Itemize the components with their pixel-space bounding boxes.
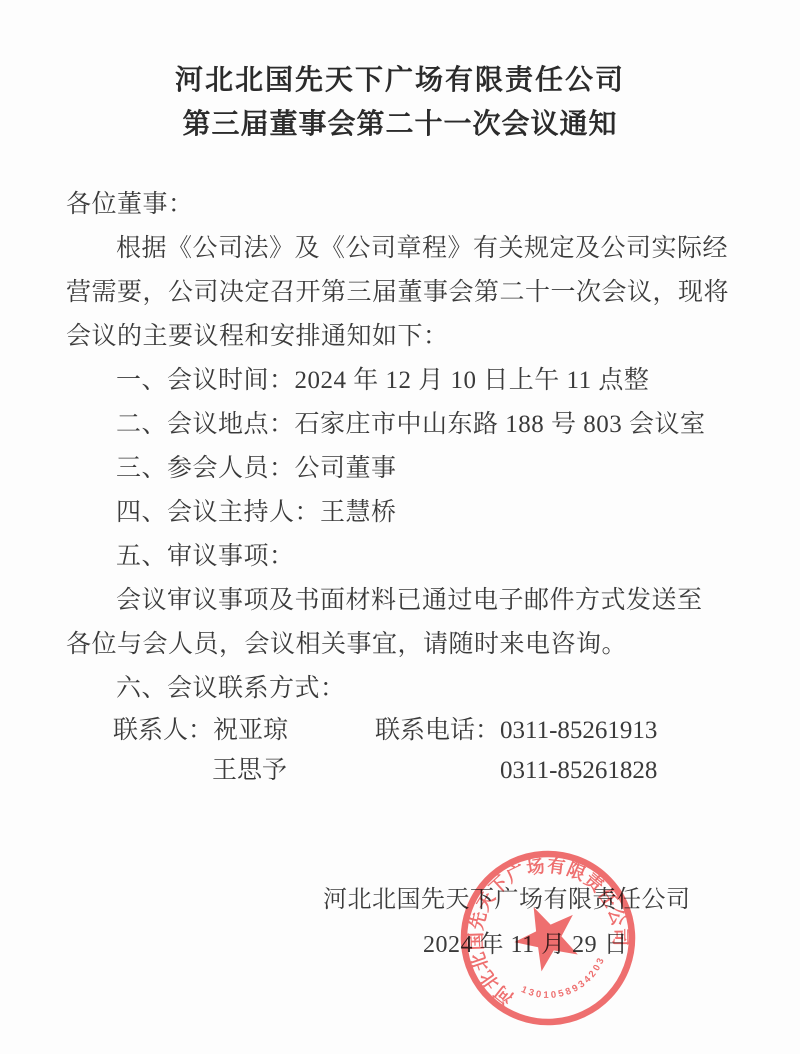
- item-review-matters: 五、审议事项：: [66, 535, 738, 579]
- salutation: 各位董事：: [66, 183, 738, 227]
- intro-line-3: 会议的主要议程和安排通知如下：: [66, 315, 738, 359]
- item-meeting-place: 二、会议地点：石家庄市中山东路 188 号 803 会议室: [66, 403, 738, 447]
- review-detail-line-1: 会议审议事项及书面材料已通过电子邮件方式发送至: [66, 579, 738, 623]
- item-meeting-host: 四、会议主持人：王慧桥: [66, 491, 738, 535]
- document-page: 河北北国先天下广场有限责任公司 第三届董事会第二十一次会议通知 各位董事： 根据…: [0, 0, 800, 1054]
- item-attendees: 三、参会人员：公司董事: [66, 447, 738, 491]
- item-contact-info: 六、会议联系方式：: [66, 667, 738, 711]
- document-title-line1: 河北北国先天下广场有限责任公司: [0, 58, 800, 98]
- item-meeting-time: 一、会议时间：2024 年 12 月 10 日上午 11 点整: [66, 359, 738, 403]
- company-seal: 河北北国先天下广场有限责任公司 1301058934203: [438, 828, 658, 1048]
- contact-section: 联系人：祝亚琼 联系电话：0311-85261913 王思予 0311-8526…: [66, 711, 738, 791]
- seal-star-icon: [504, 894, 589, 977]
- review-detail-line-2: 各位与会人员，会议相关事宜，请随时来电咨询。: [66, 623, 738, 667]
- contact-row-2: 王思予 0311-85261828: [66, 751, 738, 791]
- document-body: 各位董事： 根据《公司法》及《公司章程》有关规定及公司实际经 营需要，公司决定召…: [66, 183, 738, 711]
- contact-phone-1: 联系电话：0311-85261913: [375, 711, 657, 751]
- intro-line-1: 根据《公司法》及《公司章程》有关规定及公司实际经: [66, 227, 738, 271]
- contact-person-2: 王思予: [66, 757, 287, 784]
- contact-phone-2: 0311-85261828: [500, 751, 657, 791]
- contact-row-1: 联系人：祝亚琼 联系电话：0311-85261913: [66, 711, 738, 751]
- document-title-line2: 第三届董事会第二十一次会议通知: [0, 102, 800, 142]
- contact-person-1: 联系人：祝亚琼: [66, 717, 288, 744]
- intro-line-2: 营需要，公司决定召开第三届董事会第二十一次会议，现将: [66, 271, 738, 315]
